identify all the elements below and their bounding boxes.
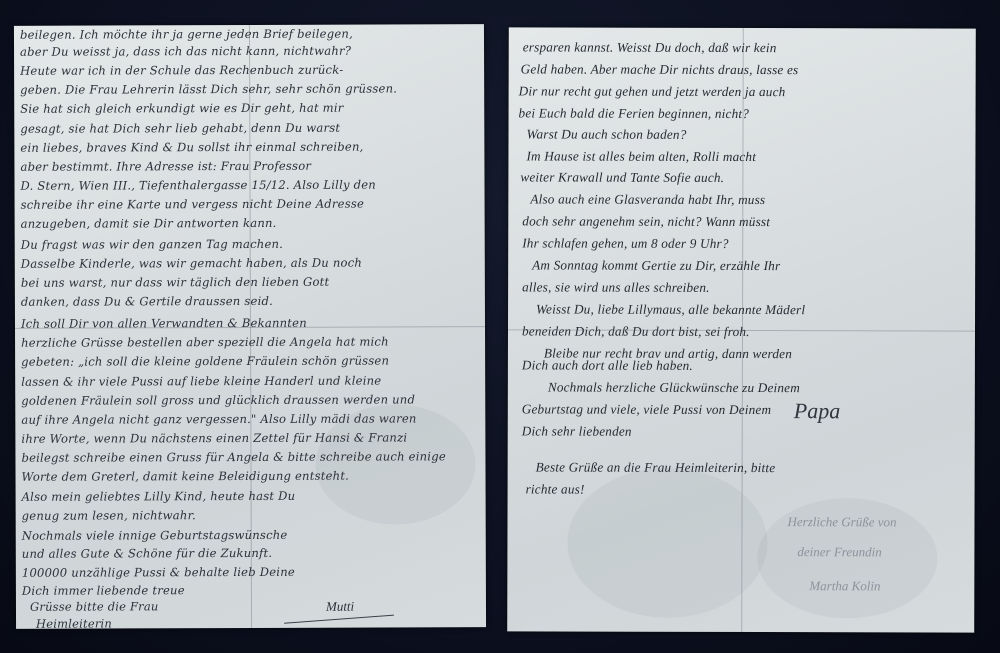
paper-stain: [567, 468, 767, 619]
letter-line: beneiden Dich, daß Du dort bist, sei fro…: [522, 323, 750, 340]
letter-line: Dich immer liebende treue: [22, 583, 185, 598]
letter-line: Dasselbe Kinderle, was wir gemacht haben…: [21, 256, 362, 271]
letter-body-left: beilegen. Ich möchte ihr ja gerne jeden …: [14, 24, 484, 26]
letter-line: auf ihre Angela nicht ganz vergessen." A…: [21, 411, 416, 426]
letter-line: lassen & ihr viele Pussi auf liebe klein…: [21, 374, 381, 389]
postscript-line: Heimleiterin: [36, 616, 112, 628]
letter-line: Also auch eine Glasveranda habt Ihr, mus…: [530, 191, 765, 208]
letter-line: Im Hause ist alles beim alten, Rolli mac…: [526, 148, 756, 165]
letter-line: danken, dass Du & Gertile draussen seid.: [21, 294, 273, 309]
letter-body-right: ersparen kannst. Weisst Du doch, daß wir…: [509, 27, 976, 28]
signature-papa: Papa: [794, 398, 841, 424]
letter-line: schreibe ihr eine Karte und vergess nich…: [21, 197, 365, 212]
letter-line: Heute war ich in der Schule das Rechenbu…: [20, 63, 343, 78]
letter-line: gesagt, sie hat Dich sehr lieb gehabt, d…: [20, 121, 340, 136]
letter-line: goldenen Fräulein soll gross und glückli…: [21, 392, 415, 407]
letter-line: Dich sehr liebenden: [522, 423, 632, 439]
pencil-note-signature: Martha Kolin: [809, 578, 880, 594]
letter-line: Also mein geliebtes Lilly Kind, heute ha…: [22, 489, 296, 504]
letter-page-right: ersparen kannst. Weisst Du doch, daß wir…: [507, 27, 976, 632]
letter-line: bei uns warst, nur dass wir täglich den …: [21, 275, 330, 290]
letter-line: 100000 unzählige Pussi & behalte lieb De…: [22, 565, 295, 580]
letter-line: bei Euch bald die Ferien beginnen, nicht…: [519, 105, 750, 122]
letter-line: herzliche Grüsse bestellen aber speziell…: [21, 335, 389, 350]
letter-line: aber Du weisst ja, dass ich das nicht ka…: [20, 44, 351, 59]
letter-line: Geburtstag und viele, viele Pussi von De…: [522, 401, 771, 418]
postscript-line: Beste Grüße an die Frau Heimleiterin, bi…: [536, 459, 776, 476]
postscript-line: richte aus!: [526, 481, 585, 497]
letter-line: ihre Worte, wenn Du nächstens einen Zett…: [21, 430, 407, 445]
letter-line: doch sehr angenehm sein, nicht? Wann müs…: [522, 213, 770, 230]
letter-line: Dich auch dort alle lieb haben.: [522, 357, 693, 373]
letter-line: Nochmals herzliche Glückwünsche zu Deine…: [548, 379, 800, 396]
letter-line: und alles Gute & Schöne für die Zukunft.: [22, 546, 273, 561]
letter-line: Du fragst was wir den ganzen Tag machen.: [21, 237, 283, 252]
signature-underline: [284, 615, 394, 624]
letter-line: aber bestimmt. Ihre Adresse ist: Frau Pr…: [20, 159, 311, 174]
letter-line: alles, sie wird uns alles schreiben.: [522, 279, 710, 295]
letter-line: anzugeben, damit sie Dir antworten kann.: [21, 216, 277, 231]
letter-line: D. Stern, Wien III., Tiefenthalergasse 1…: [20, 178, 376, 193]
letter-page-left: beilegen. Ich möchte ihr ja gerne jeden …: [14, 24, 486, 629]
letter-line: Nochmals viele innige Geburtstagswünsche: [22, 528, 288, 543]
letter-line: genug zum lesen, nichtwahr.: [22, 508, 196, 523]
letter-line: beilegen. Ich möchte ihr ja gerne jeden …: [20, 27, 353, 42]
letter-line: Geld haben. Aber mache Dir nichts draus,…: [521, 61, 799, 78]
letter-line: ersparen kannst. Weisst Du doch, daß wir…: [523, 39, 777, 56]
letter-line: Dir nur recht gut gehen und jetzt werden…: [519, 83, 786, 100]
pencil-note-line: deiner Freundin: [797, 544, 881, 560]
letter-line: Warst Du auch schon baden?: [526, 126, 686, 142]
letter-line: Sie hat sich gleich erkundigt wie es Dir…: [20, 101, 343, 116]
letter-line: Ich soll Dir von allen Verwandten & Beka…: [21, 316, 307, 331]
letter-line: Ihr schlafen gehen, um 8 oder 9 Uhr?: [522, 235, 728, 252]
letter-line: Weisst Du, liebe Lillymaus, alle bekannt…: [536, 301, 805, 318]
postscript-line: Grüsse bitte die Frau: [30, 599, 159, 613]
letter-line: beilegst schreibe einen Gruss für Angela…: [21, 449, 445, 464]
letter-line: Worte dem Greterl, damit keine Beleidigu…: [21, 469, 349, 484]
letter-line: geben. Die Frau Lehrerin lässt Dich sehr…: [20, 81, 397, 96]
signature-mutti: Mutti: [326, 599, 354, 615]
letter-line: Am Sonntag kommt Gertie zu Dir, erzähle …: [532, 257, 780, 274]
letter-line: weiter Krawall und Tante Sofie auch.: [520, 169, 724, 186]
pencil-note-line: Herzliche Grüße von: [787, 514, 896, 530]
letter-line: ein liebes, braves Kind & Du sollst ihr …: [20, 140, 363, 155]
letter-line: gebeten: „ich soll die kleine goldene Fr…: [21, 354, 389, 369]
